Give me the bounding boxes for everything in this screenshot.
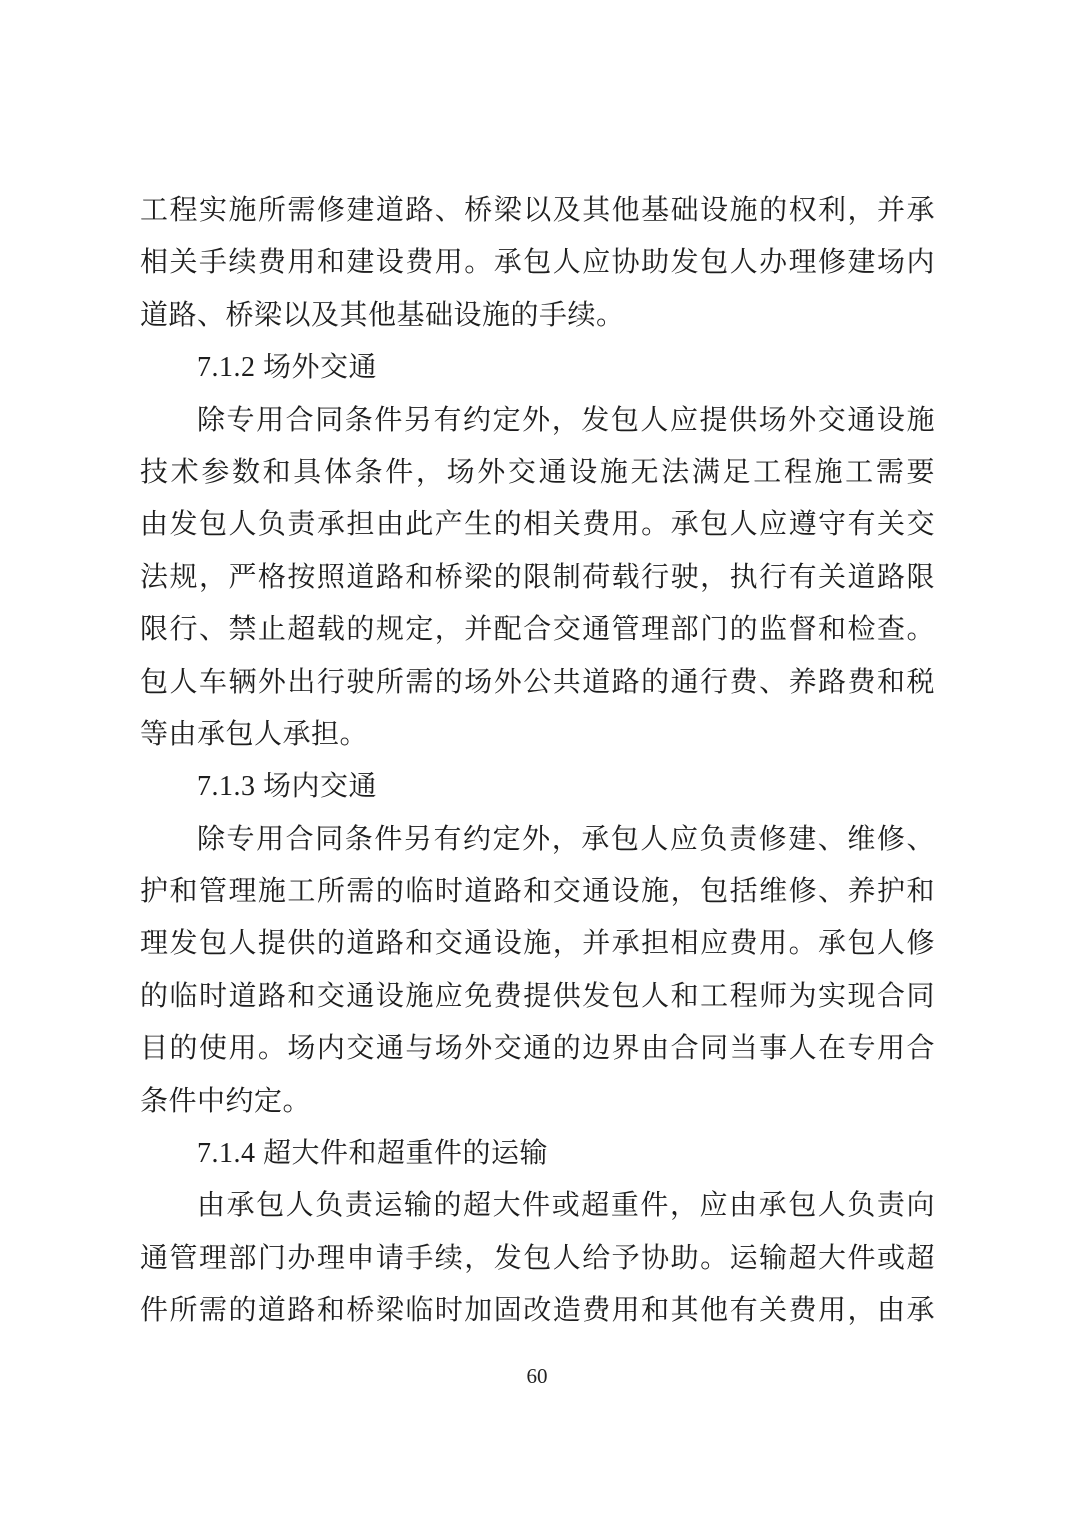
text-line: 护和管理施工所需的临时道路和交通设施，包括维修、养护和管 — [140, 866, 935, 918]
text-line: 7.1.2 场外交通 — [140, 342, 935, 394]
text-line: 限行、禁止超载的规定，并配合交通管理部门的监督和检查。承 — [140, 604, 935, 656]
text-line: 理发包人提供的道路和交通设施，并承担相应费用。承包人修建 — [140, 918, 935, 970]
paragraph: 由承包人负责运输的超大件或超重件，应由承包人负责向交通管理部门办理申请手续，发包… — [140, 1180, 935, 1337]
text-line: 包人车辆外出行驶所需的场外公共道路的通行费、养路费和税款 — [140, 657, 935, 709]
text-line: 由发包人负责承担由此产生的相关费用。承包人应遵守有关交通 — [140, 499, 935, 551]
text-line: 的临时道路和交通设施应免费提供发包人和工程师为实现合同 — [140, 971, 935, 1023]
paragraph: 除专用合同条件另有约定外，发包人应提供场外交通设施的技术参数和具体条件，场外交通… — [140, 395, 935, 762]
section-heading: 7.1.2 场外交通 — [140, 342, 935, 394]
text-line: 7.1.4 超大件和超重件的运输 — [140, 1128, 935, 1180]
document-content: 工程实施所需修建道路、桥梁以及其他基础设施的权利，并承担相关手续费用和建设费用。… — [140, 185, 935, 1338]
page-number: 60 — [0, 1364, 1074, 1389]
text-line: 除专用合同条件另有约定外，承包人应负责修建、维修、养 — [140, 814, 935, 866]
text-line: 法规，严格按照道路和桥梁的限制荷载行驶，执行有关道路限速、 — [140, 552, 935, 604]
section-heading: 7.1.3 场内交通 — [140, 761, 935, 813]
document-page: 工程实施所需修建道路、桥梁以及其他基础设施的权利，并承担相关手续费用和建设费用。… — [0, 0, 1074, 1520]
text-line: 相关手续费用和建设费用。承包人应协助发包人办理修建场内外 — [140, 237, 935, 289]
text-line: 7.1.3 场内交通 — [140, 761, 935, 813]
section-heading: 7.1.4 超大件和超重件的运输 — [140, 1128, 935, 1180]
text-line: 由承包人负责运输的超大件或超重件，应由承包人负责向交 — [140, 1180, 935, 1232]
text-line: 技术参数和具体条件，场外交通设施无法满足工程施工需要的， — [140, 447, 935, 499]
text-line: 等由承包人承担。 — [140, 709, 935, 761]
text-line: 条件中约定。 — [140, 1076, 935, 1128]
text-line: 件所需的道路和桥梁临时加固改造费用和其他有关费用，由承包 — [140, 1285, 935, 1337]
text-line: 道路、桥梁以及其他基础设施的手续。 — [140, 290, 935, 342]
paragraph: 除专用合同条件另有约定外，承包人应负责修建、维修、养护和管理施工所需的临时道路和… — [140, 814, 935, 1128]
paragraph: 工程实施所需修建道路、桥梁以及其他基础设施的权利，并承担相关手续费用和建设费用。… — [140, 185, 935, 342]
text-line: 通管理部门办理申请手续，发包人给予协助。运输超大件或超重 — [140, 1233, 935, 1285]
text-line: 目的使用。场内交通与场外交通的边界由合同当事人在专用合同 — [140, 1023, 935, 1075]
text-line: 除专用合同条件另有约定外，发包人应提供场外交通设施的 — [140, 395, 935, 447]
text-line: 工程实施所需修建道路、桥梁以及其他基础设施的权利，并承担 — [140, 185, 935, 237]
